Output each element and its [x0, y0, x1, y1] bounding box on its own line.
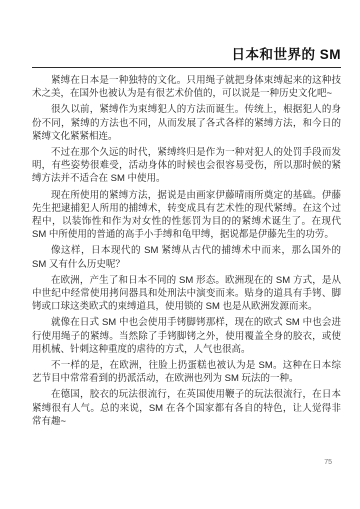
document-page: 日本和世界的 SM 紧缚在日本是一种独特的文化。只用绳子就把身体束缚起来的这种技… [0, 0, 360, 509]
body-paragraphs: 紧缚在日本是一种独特的文化。只用绳子就把身体束缚起来的这种技术之美，在国外也被认… [32, 74, 341, 428]
paragraph: 不一样的是，在欧洲，往脸上扔蛋糕也被认为是 SM。这种在日本综艺节目中常常看到的… [32, 359, 341, 385]
paragraph: 不过在那个久远的时代，紧缚终归是作为一种对犯人的处罚手段而发明，有些姿势很难受，… [32, 146, 341, 186]
title-divider [32, 67, 341, 68]
paragraph: 在德国，胶衣的玩法很流行，在英国使用鞭子的玩法很流行，在日本紧缚很有人气。总的来… [32, 388, 341, 428]
document-content: 日本和世界的 SM 紧缚在日本是一种独特的文化。只用绳子就把身体束缚起来的这种技… [32, 0, 341, 431]
paragraph: 现在所使用的紧缚方法，据说是由画家伊藤晴雨所奠定的基础。伊藤先生把逮捕犯人所用的… [32, 189, 341, 242]
paragraph: 紧缚在日本是一种独特的文化。只用绳子就把身体束缚起来的这种技术之美，在国外也被认… [32, 74, 341, 100]
paragraph: 很久以前，紧缚作为束缚犯人的方法而诞生。传统上，根据犯人的身份不同，紧缚的方法也… [32, 103, 341, 143]
page-number: 75 [324, 458, 332, 468]
paragraph: 像这样，日本现代的 SM 紧缚从古代的捕缚术中而来，那么国外的 SM 又有什么历… [32, 244, 341, 270]
paragraph: 就像在日式 SM 中也会使用手铐脚铐那样，现在的欧式 SM 中也会进行使用绳子的… [32, 316, 341, 356]
paragraph: 在欧洲，产生了和日本不同的 SM 形态。欧洲现在的 SM 方式，是从中世纪中经常… [32, 274, 341, 314]
page-title: 日本和世界的 SM [32, 47, 341, 63]
